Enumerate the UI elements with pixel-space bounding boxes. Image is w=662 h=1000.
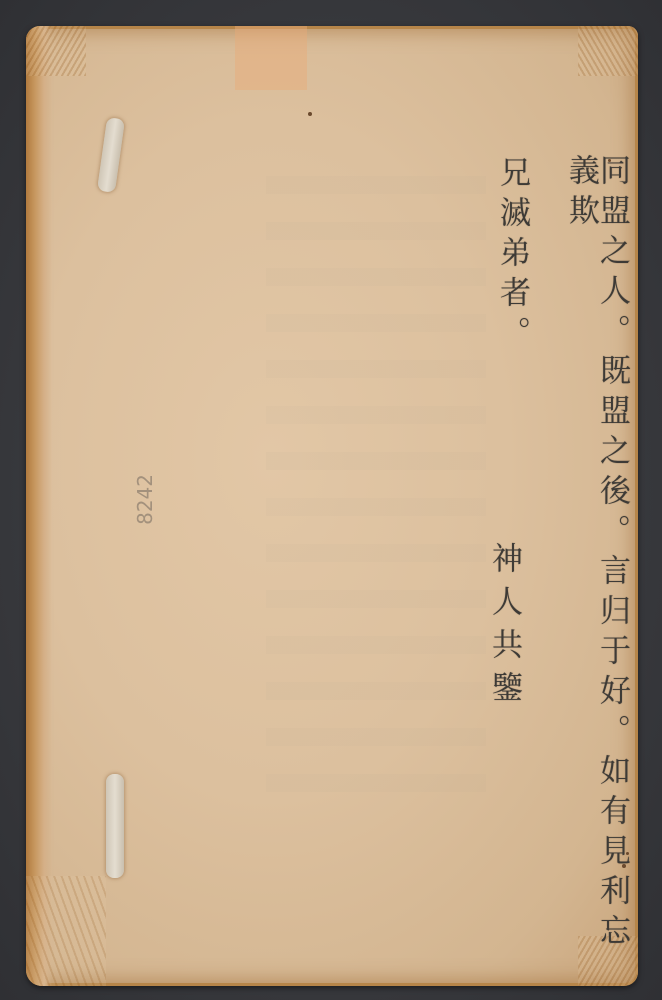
worn-corner-bottom-left	[26, 876, 106, 986]
ink-speck	[626, 852, 629, 855]
binding-thread-bottom	[106, 774, 124, 878]
show-through-text	[266, 176, 486, 796]
ink-speck	[608, 159, 611, 162]
calligraphy-column-3: 神人共鑒	[488, 542, 519, 714]
faded-seal-stamp	[235, 26, 307, 90]
ink-speck	[622, 864, 626, 868]
calligraphy-column-1: 同盟之人。既盟之後。言归于好。如有見利忘義欺	[565, 154, 627, 986]
pencil-catalog-number: 8242	[133, 474, 157, 525]
worn-corner-top-right	[578, 26, 638, 76]
manuscript-page: 同盟之人。既盟之後。言归于好。如有見利忘義欺 兄滅弟者。 神人共鑒 8242	[26, 26, 638, 986]
binding-thread-top	[97, 117, 125, 193]
spine-edge	[26, 26, 52, 986]
calligraphy-column-2: 兄滅弟者。	[496, 156, 527, 356]
ink-speck	[308, 112, 312, 116]
worn-corner-top-left	[26, 26, 86, 76]
